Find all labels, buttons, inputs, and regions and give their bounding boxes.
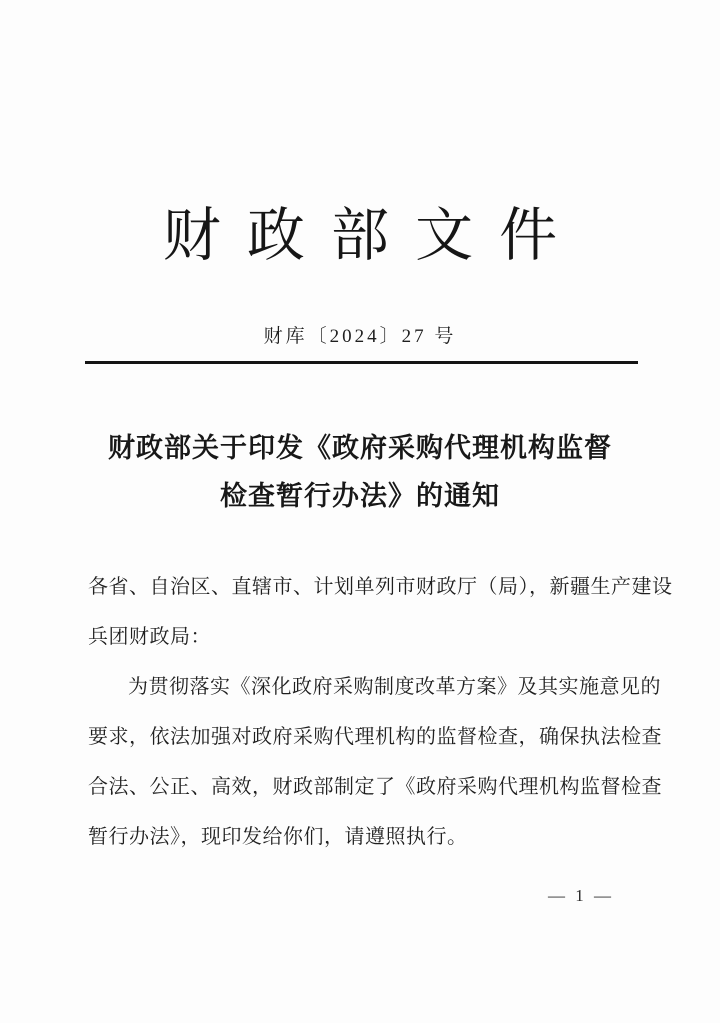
- page-number: — 1 —: [548, 886, 614, 906]
- document-header-title: 财政部文件: [0, 188, 720, 272]
- paragraph-line-2: 要求，依法加强对政府采购代理机构的监督检查，确保执法检查: [88, 712, 633, 762]
- paragraph-line-4: 暂行办法》，现印发给你们，请遵照执行。: [88, 812, 633, 862]
- notice-title-line-2: 检查暂行办法》的通知: [220, 481, 500, 511]
- document-body: 各省、自治区、直辖市、计划单列市财政厅（局），新疆生产建设 兵团财政局： 为贯彻…: [88, 562, 633, 862]
- document-number: 财库〔2024〕27 号: [0, 321, 720, 348]
- header-separator-line: [85, 361, 638, 364]
- paragraph-line-3: 合法、公正、高效，财政部制定了《政府采购代理机构监督检查: [88, 762, 633, 812]
- paragraph-line-1: 为贯彻落实《深化政府采购制度改革方案》及其实施意见的: [88, 662, 633, 712]
- addressee-line-1: 各省、自治区、直辖市、计划单列市财政厅（局），新疆生产建设: [88, 562, 633, 612]
- notice-title-line-1: 财政部关于印发《政府采购代理机构监督: [108, 433, 612, 463]
- document-page: 财政部文件 财库〔2024〕27 号 财政部关于印发《政府采购代理机构监督 检查…: [0, 0, 720, 1023]
- addressee-line-2: 兵团财政局：: [88, 612, 633, 662]
- notice-title: 财政部关于印发《政府采购代理机构监督 检查暂行办法》的通知: [0, 424, 720, 520]
